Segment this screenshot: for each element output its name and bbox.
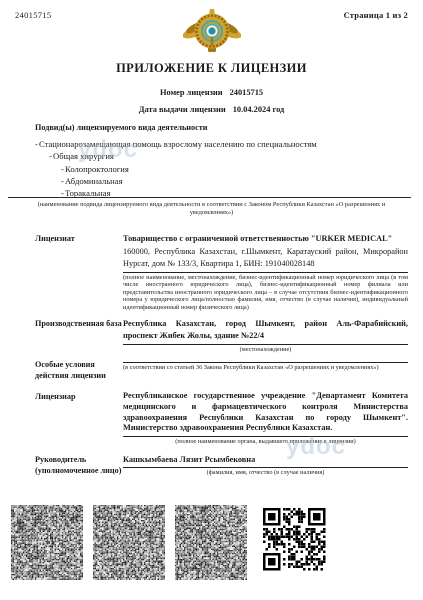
subtype-item: Общая хирургия bbox=[49, 150, 408, 162]
head-caption: (фамилия, имя, отчество (в случае наличи… bbox=[123, 469, 408, 476]
divider bbox=[123, 344, 408, 345]
licensor-value: Республиканское государственное учрежден… bbox=[123, 391, 408, 445]
sections: Лицензиат Товарищество с ограниченной от… bbox=[35, 233, 408, 477]
production-base-value: Республика Казахстан, город Шымкент, рай… bbox=[123, 318, 408, 353]
subtypes-heading: Подвид(ы) лицензируемого вида деятельнос… bbox=[35, 123, 207, 132]
production-base-label: Производственная база bbox=[35, 318, 123, 330]
special-conditions-value: (в соответствии со статьей 36 Закона Рес… bbox=[123, 359, 408, 371]
subtype-item: Стационарозамещающая помощь взрослому на… bbox=[35, 138, 408, 150]
signature-stamp-1 bbox=[11, 505, 83, 580]
subtype-item: Колопроктология bbox=[61, 163, 408, 175]
production-base-address: Республика Казахстан, город Шымкент, рай… bbox=[123, 318, 408, 342]
license-date-row: Дата выдачи лицензии10.04.2024 год bbox=[0, 105, 423, 114]
licensee-name: Товарищество с ограниченной ответственно… bbox=[123, 233, 408, 245]
signature-stamp-2 bbox=[93, 505, 165, 580]
licensee-value: Товарищество с ограниченной ответственно… bbox=[123, 233, 408, 311]
head-person-name: Кашкымбаева Лязит Рсымбековна bbox=[123, 454, 408, 466]
divider bbox=[123, 436, 408, 437]
license-number-row: Номер лицензии24015715 bbox=[0, 88, 423, 97]
document-number: 24015715 bbox=[15, 10, 51, 20]
head-label-line2: (уполномоченное лицо) bbox=[35, 466, 123, 477]
licensor-name: Республиканское государственное учрежден… bbox=[123, 391, 408, 433]
qr-code bbox=[263, 507, 326, 572]
codes-row bbox=[11, 505, 326, 580]
special-conditions-label-line2: действия лицензии bbox=[35, 371, 123, 382]
section-special-conditions: Особые условия действия лицензии (в соот… bbox=[35, 359, 408, 381]
special-conditions-label-line1: Особые условия bbox=[35, 360, 123, 371]
subtypes-list: Стационарозамещающая помощь взрослому на… bbox=[35, 138, 408, 199]
licensee-label: Лицензиат bbox=[35, 233, 123, 245]
signature-stamp-3 bbox=[175, 505, 247, 580]
divider bbox=[123, 362, 408, 363]
special-conditions-caption: (в соответствии со статьей 36 Закона Рес… bbox=[123, 364, 408, 371]
licensor-label: Лицензиар bbox=[35, 391, 123, 403]
page-indicator: Страница 1 из 2 bbox=[344, 10, 408, 20]
divider bbox=[8, 197, 411, 198]
license-number-label: Номер лицензии bbox=[160, 88, 223, 97]
license-annex-page: 24015715 Страница 1 из 2 ПРИЛОЖЕНИЕ К ЛИ… bbox=[0, 0, 423, 600]
kazakhstan-emblem-icon bbox=[183, 8, 241, 59]
licensor-caption: (полное наименование органа, выдавшего п… bbox=[123, 438, 408, 445]
license-number-value: 24015715 bbox=[230, 88, 264, 97]
section-licensor: Лицензиар Республиканское государственно… bbox=[35, 391, 408, 445]
license-date-value: 10.04.2024 год bbox=[233, 105, 285, 114]
section-production-base: Производственная база Республика Казахст… bbox=[35, 318, 408, 353]
subtype-item: Абдоминальная bbox=[61, 175, 408, 187]
head-label: Руководитель (уполномоченное лицо) bbox=[35, 454, 123, 476]
page-title: ПРИЛОЖЕНИЕ К ЛИЦЕНЗИИ bbox=[0, 61, 423, 76]
divider bbox=[123, 467, 408, 468]
license-date-label: Дата выдачи лицензии bbox=[139, 105, 226, 114]
production-base-caption: (местонахождение) bbox=[123, 346, 408, 353]
head-label-line1: Руководитель bbox=[35, 455, 123, 466]
divider bbox=[123, 272, 408, 273]
head-value: Кашкымбаева Лязит Рсымбековна (фамилия, … bbox=[123, 454, 408, 476]
licensee-caption: (полное наименование, местонахождение, б… bbox=[123, 274, 408, 311]
section-licensee: Лицензиат Товарищество с ограниченной от… bbox=[35, 233, 408, 311]
subtypes-caption: (наименование подвида лицензируемого вид… bbox=[18, 201, 405, 216]
special-conditions-label: Особые условия действия лицензии bbox=[35, 359, 123, 381]
section-head: Руководитель (уполномоченное лицо) Кашкы… bbox=[35, 454, 408, 476]
licensee-address: 160000, Республика Казахстан, г.Шымкент,… bbox=[123, 246, 408, 270]
